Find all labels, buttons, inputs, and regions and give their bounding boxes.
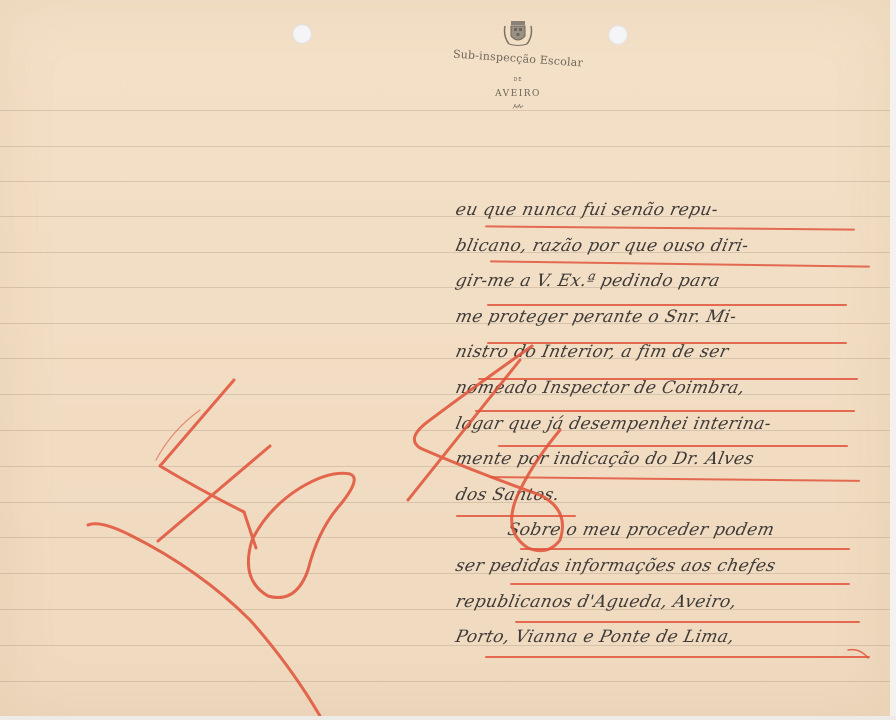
- letterhead-title: Sub-inspecção Escolar: [448, 47, 589, 70]
- ruled-line: [0, 146, 890, 147]
- scan-edge-bottom: [0, 716, 896, 720]
- red-underline: [487, 304, 847, 306]
- red-underline: [498, 445, 848, 447]
- punch-hole-right: [608, 25, 628, 45]
- letter-page: Sub-inspecção Escolar DE AVEIRO ⺮ eu que…: [0, 0, 890, 716]
- letter-line: gir-me a V. Ex.ª pedindo para: [451, 267, 879, 303]
- ruled-line: [0, 181, 890, 182]
- red-underline: [485, 656, 870, 658]
- red-underline: [515, 621, 860, 623]
- letter-line: republicanos d'Agueda, Aveiro,: [451, 588, 879, 624]
- red-underline: [456, 515, 576, 517]
- red-underline: [487, 342, 847, 344]
- ruled-line: [0, 681, 890, 682]
- letterhead-connector: DE: [448, 77, 588, 83]
- letter-line: Porto, Vianna e Ponte de Lima,: [451, 623, 879, 659]
- letter-line: me proteger perante o Snr. Mi-: [451, 303, 879, 339]
- letter-line: Sobre o meu proceder podem: [451, 516, 879, 552]
- punch-hole-left: [292, 24, 312, 44]
- letterhead-city: AVEIRO: [448, 89, 588, 99]
- letter-line: dos Santos.: [451, 481, 879, 517]
- letter-line: logar que já desempenhei interina-: [451, 410, 879, 446]
- ornament-icon: ⺮: [448, 101, 588, 118]
- red-underline: [520, 548, 850, 550]
- red-underline: [478, 378, 858, 380]
- scan-edge-right: [890, 0, 896, 720]
- letter-line: nistro do Interior, a fim de ser: [451, 338, 879, 374]
- red-underline: [510, 583, 850, 585]
- letterhead: Sub-inspecção Escolar DE AVEIRO ⺮: [448, 18, 588, 118]
- red-underline: [475, 410, 855, 412]
- ruled-line: [0, 110, 890, 111]
- red-pencil-number: 48: [0, 0, 16, 4]
- coat-of-arms-icon: [501, 18, 535, 48]
